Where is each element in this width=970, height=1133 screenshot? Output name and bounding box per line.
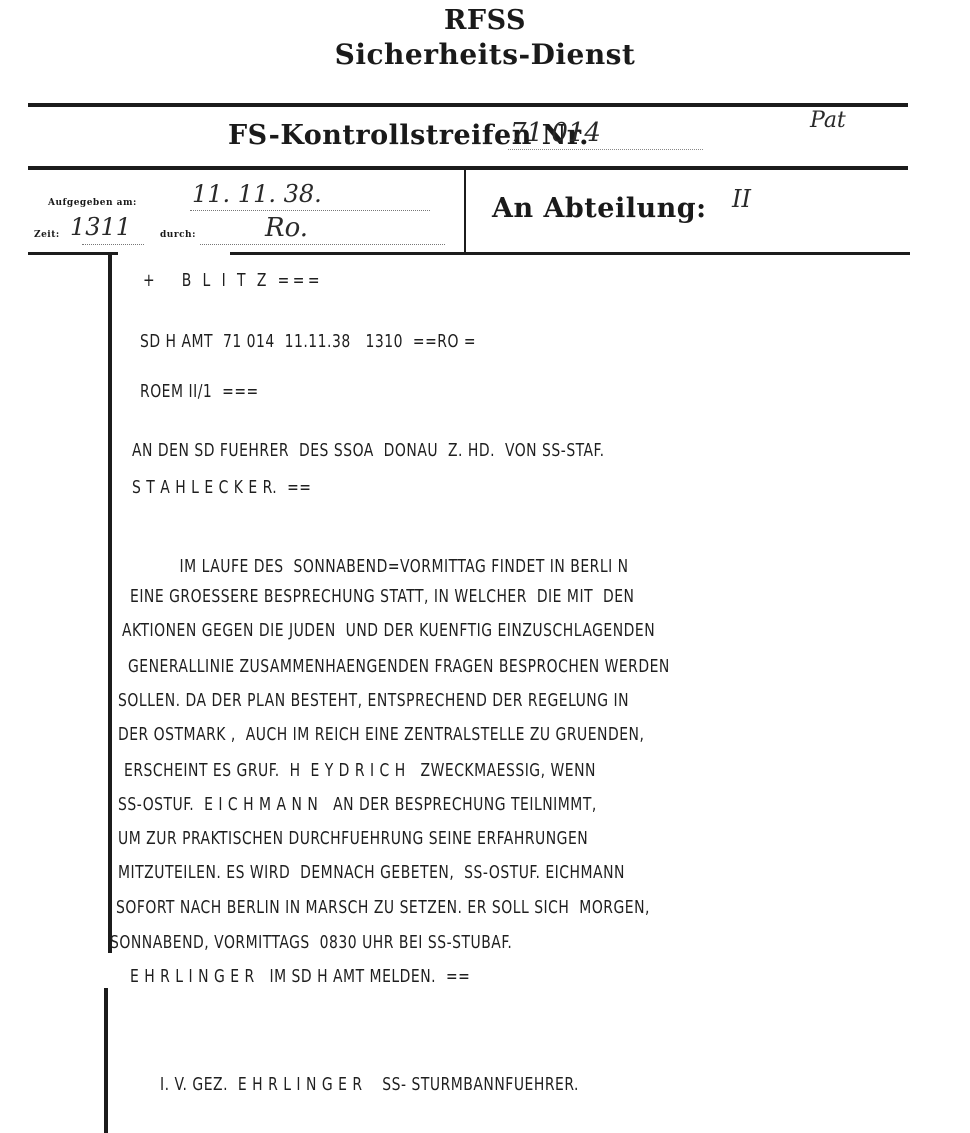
body-line: SS-OSTUF. E I C H M A N N AN DER BESPREC… [118, 794, 597, 816]
time-dotted-line [82, 244, 144, 245]
telex-margin-bar [108, 253, 112, 953]
body-line: E H R L I N G E R IM SD H AMT MELDEN. == [130, 966, 470, 988]
letterhead-org: RFSS [0, 4, 970, 38]
address-line-2: S T A H L E C K E R. == [132, 477, 311, 499]
body-line: ERSCHEINT ES GRUF. H E Y D R I C H ZWECK… [124, 760, 596, 782]
by-value: Ro. [265, 213, 308, 243]
header-line: SD H AMT 71 014 11.11.38 1310 ==RO = [140, 331, 476, 353]
body-line: UM ZUR PRAKTISCHEN DURCHFUEHRUNG SEINE E… [118, 828, 588, 850]
address-line-1: AN DEN SD FUEHRER DES SSOA DONAU Z. HD. … [132, 440, 605, 462]
body-line: DER OSTMARK , AUCH IM REICH EINE ZENTRAL… [118, 724, 644, 746]
by-label: durch: [160, 230, 196, 240]
top-rule [28, 103, 908, 107]
telex-margin-bar-lower [104, 988, 108, 1133]
body-line: SONNABEND, VORMITTAGS 0830 UHR BEI SS-ST… [110, 932, 512, 954]
priority-line: + B L I T Z === [143, 270, 323, 292]
bottom-rule-right [230, 252, 910, 255]
given-on-value: 11. 11. 38. [192, 180, 322, 208]
given-on-label: Aufgegeben am: [48, 198, 137, 208]
body-line: AKTIONEN GEGEN DIE JUDEN UND DER KUENFTI… [122, 620, 655, 642]
department-label: An Abteilung: [492, 193, 707, 224]
letterhead-service: Sicherheits-Dienst [0, 38, 970, 72]
by-dotted-line [200, 244, 445, 245]
reference-line: ROEM II/1 === [140, 381, 259, 403]
middle-rule [28, 166, 908, 170]
body-line: SOLLEN. DA DER PLAN BESTEHT, ENTSPRECHEN… [118, 690, 629, 712]
control-strip-number: 71 014 [510, 118, 601, 148]
body-line: GENERALLINIE ZUSAMMENHAENGENDEN FRAGEN B… [128, 656, 670, 678]
date-dotted-line [190, 210, 430, 211]
time-label: Zeit: [34, 230, 60, 240]
handwritten-initials: Pat [810, 108, 846, 133]
department-value: II [732, 185, 751, 213]
bottom-rule-left [28, 252, 118, 255]
letterhead: RFSS Sicherheits-Dienst [0, 4, 970, 72]
body-line: IM LAUFE DES SONNABEND=VORMITTAG FINDET … [140, 556, 629, 578]
time-value: 1311 [70, 213, 131, 241]
signature-line: I. V. GEZ. E H R L I N G E R SS- STURMBA… [160, 1074, 579, 1096]
form-divider [464, 168, 466, 254]
body-line: MITZUTEILEN. ES WIRD DEMNACH GEBETEN, SS… [118, 862, 625, 884]
body-line: EINE GROESSERE BESPRECHUNG STATT, IN WEL… [130, 586, 634, 608]
number-dotted-line [508, 149, 703, 150]
body-line: SOFORT NACH BERLIN IN MARSCH ZU SETZEN. … [116, 897, 650, 919]
